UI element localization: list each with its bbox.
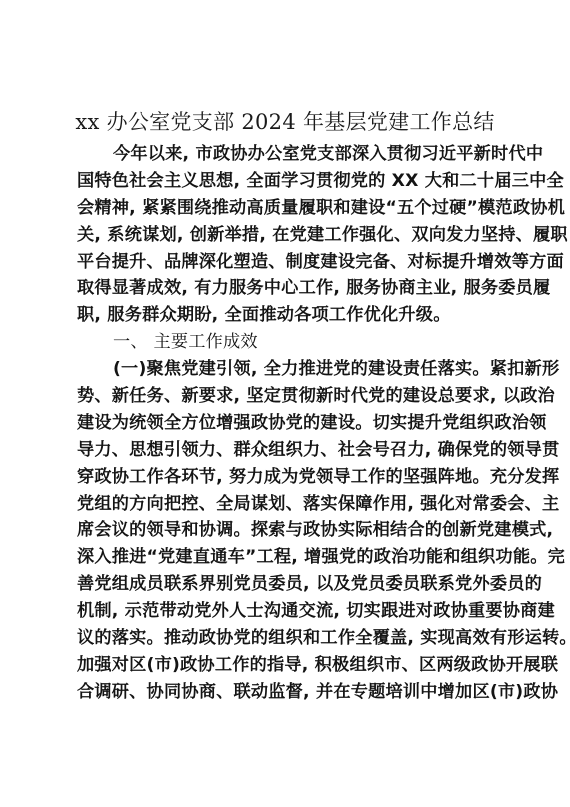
paragraph-line: 今年以来, 市政协办公室党支部深入贯彻习近平新时代中 [77, 141, 507, 168]
section-heading: 一、 主要工作成效 [77, 329, 507, 356]
subsection-heading-line: (一)聚焦党建引领, 全力推进党的建设责任落实。紧扣新形 [77, 356, 507, 383]
paragraph-line: 平台提升、品牌深化塑造、制度建设完备、对标提升增效等方面 [77, 249, 507, 276]
paragraph-line: 关, 系统谋划, 创新举措, 在党建工作强化、双向发力坚持、履职 [77, 222, 507, 249]
paragraph-line: 职, 服务群众期盼, 全面推动各项工作优化升级。 [77, 302, 507, 329]
paragraph-line: 势、新任务、新要求, 坚定贯彻新时代党的建设总要求, 以政治 [77, 383, 507, 410]
paragraph-line: 合调研、协同协商、联动监督, 并在专题培训中增加区(市)政协 [77, 679, 507, 706]
document-page: xx 办公室党支部 2024 年基层党建工作总结 今年以来, 市政协办公室党支部… [0, 0, 570, 807]
paragraph-line: 取得显著成效, 有力服务中心工作, 服务协商主业, 服务委员履 [77, 275, 507, 302]
paragraph-line: 深入推进“党建直通车”工程, 增强党的政治功能和组织功能。完 [77, 544, 507, 571]
paragraph-line: 穿政协工作各环节, 努力成为党领导工作的坚强阵地。充分发挥 [77, 464, 507, 491]
paragraph-line: 机制, 示范带动党外人士沟通交流, 切实跟进对政协重要协商建 [77, 598, 507, 625]
paragraph-line: 建设为统领全方位增强政协党的建设。切实提升党组织政治领 [77, 410, 507, 437]
paragraph-line: 国特色社会主义思想, 全面学习贯彻党的 XX 大和二十届三中全 [77, 168, 507, 195]
paragraph-line: 导力、思想引领力、群众组织力、社会号召力, 确保党的领导贯 [77, 437, 507, 464]
paragraph-line: 党组的方向把控、全局谋划、落实保障作用, 强化对常委会、主 [77, 491, 507, 518]
paragraph-line: 加强对区(市)政协工作的指导, 积极组织市、区两级政协开展联 [77, 652, 507, 679]
paragraph-line: 会精神, 紧紧围绕推动高质量履职和建设“五个过硬”模范政协机 [77, 195, 507, 222]
paragraph-line: 议的落实。推动政协党的组织和工作全覆盖, 实现高效有形运转。 [77, 625, 507, 652]
paragraph-line: 席会议的领导和协调。探索与政协实际相结合的创新党建模式, [77, 517, 507, 544]
paragraph-line: 善党组成员联系界别党员委员, 以及党员委员联系党外委员的 [77, 571, 507, 598]
document-title: xx 办公室党支部 2024 年基层党建工作总结 [0, 108, 570, 136]
document-body: 今年以来, 市政协办公室党支部深入贯彻习近平新时代中 国特色社会主义思想, 全面… [77, 141, 507, 706]
